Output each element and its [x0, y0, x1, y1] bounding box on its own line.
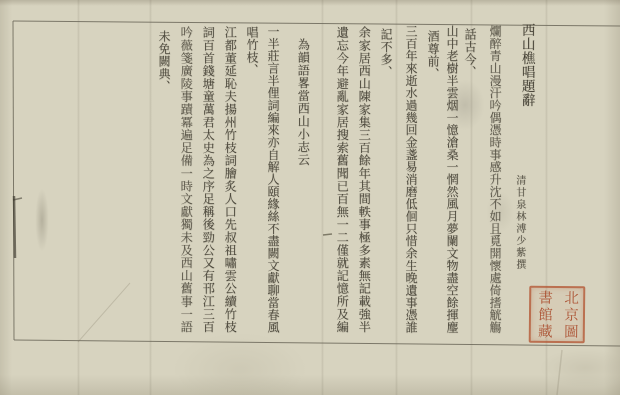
- library-collection-seal: 北京圖 書館藏: [529, 286, 586, 344]
- verse-column: 酒尊前、: [426, 30, 439, 80]
- title-column: 西山樵唱題辭: [519, 23, 534, 107]
- colophon-column: 江都董延恥夫揚州竹枝詞膾炙人口先叔祖嘯雲公續竹枝: [223, 26, 236, 333]
- author-attribution-column: 清甘泉林溥少紫撰: [513, 175, 524, 271]
- colophon-column: 余家居西山陳家集三百餘年其間軼事極多素無記載強半: [357, 26, 370, 333]
- verse-column: 記不多、: [379, 28, 392, 78]
- colophon-column: 未免闕典、: [157, 30, 170, 93]
- colophon-column: 為韻語畧當西山小志云: [296, 38, 309, 166]
- manuscript-page-scan: 西山樵唱題辭 清甘泉林溥少紫撰 爛醉青山漫汗吟偶憑時事感升沈不如且覓開懷處倚搘觥…: [0, 0, 620, 395]
- verse-column: 一半莊言半俚詞編來亦自解人頤緣絲不盡闕文獻聊當春風: [266, 25, 279, 333]
- verse-column: 唱竹枝、: [245, 26, 258, 76]
- verse-column: 話古今、: [463, 28, 476, 78]
- colophon-column: 遺忘今年避亂家居搜索舊聞已百無一二僅就記憶所及編: [335, 26, 348, 333]
- verse-column: 三百年來逝水過幾回金盞易消磨低佪只惜余生晚遺事憑誰: [404, 25, 417, 333]
- seal-text-right: 北京圖: [557, 290, 584, 341]
- verse-column: 山中老樹半雲烟一憶滄桑一惘然風月夢闌文物盡空餘揮麈: [445, 25, 458, 333]
- seal-text-left: 書館藏: [531, 290, 558, 341]
- colophon-column: 吟薇箋廣陵事蹟冪遍足備一時文獻獨未及西山舊事一語: [179, 26, 192, 333]
- colophon-column: 詞百首錢塘童萬君太史為之序足稱後勁公又有邗江三百: [201, 26, 214, 333]
- verse-column: 爛醉青山漫汗吟偶憑時事感升沈不如且覓開懷處倚搘觥觴: [488, 25, 501, 333]
